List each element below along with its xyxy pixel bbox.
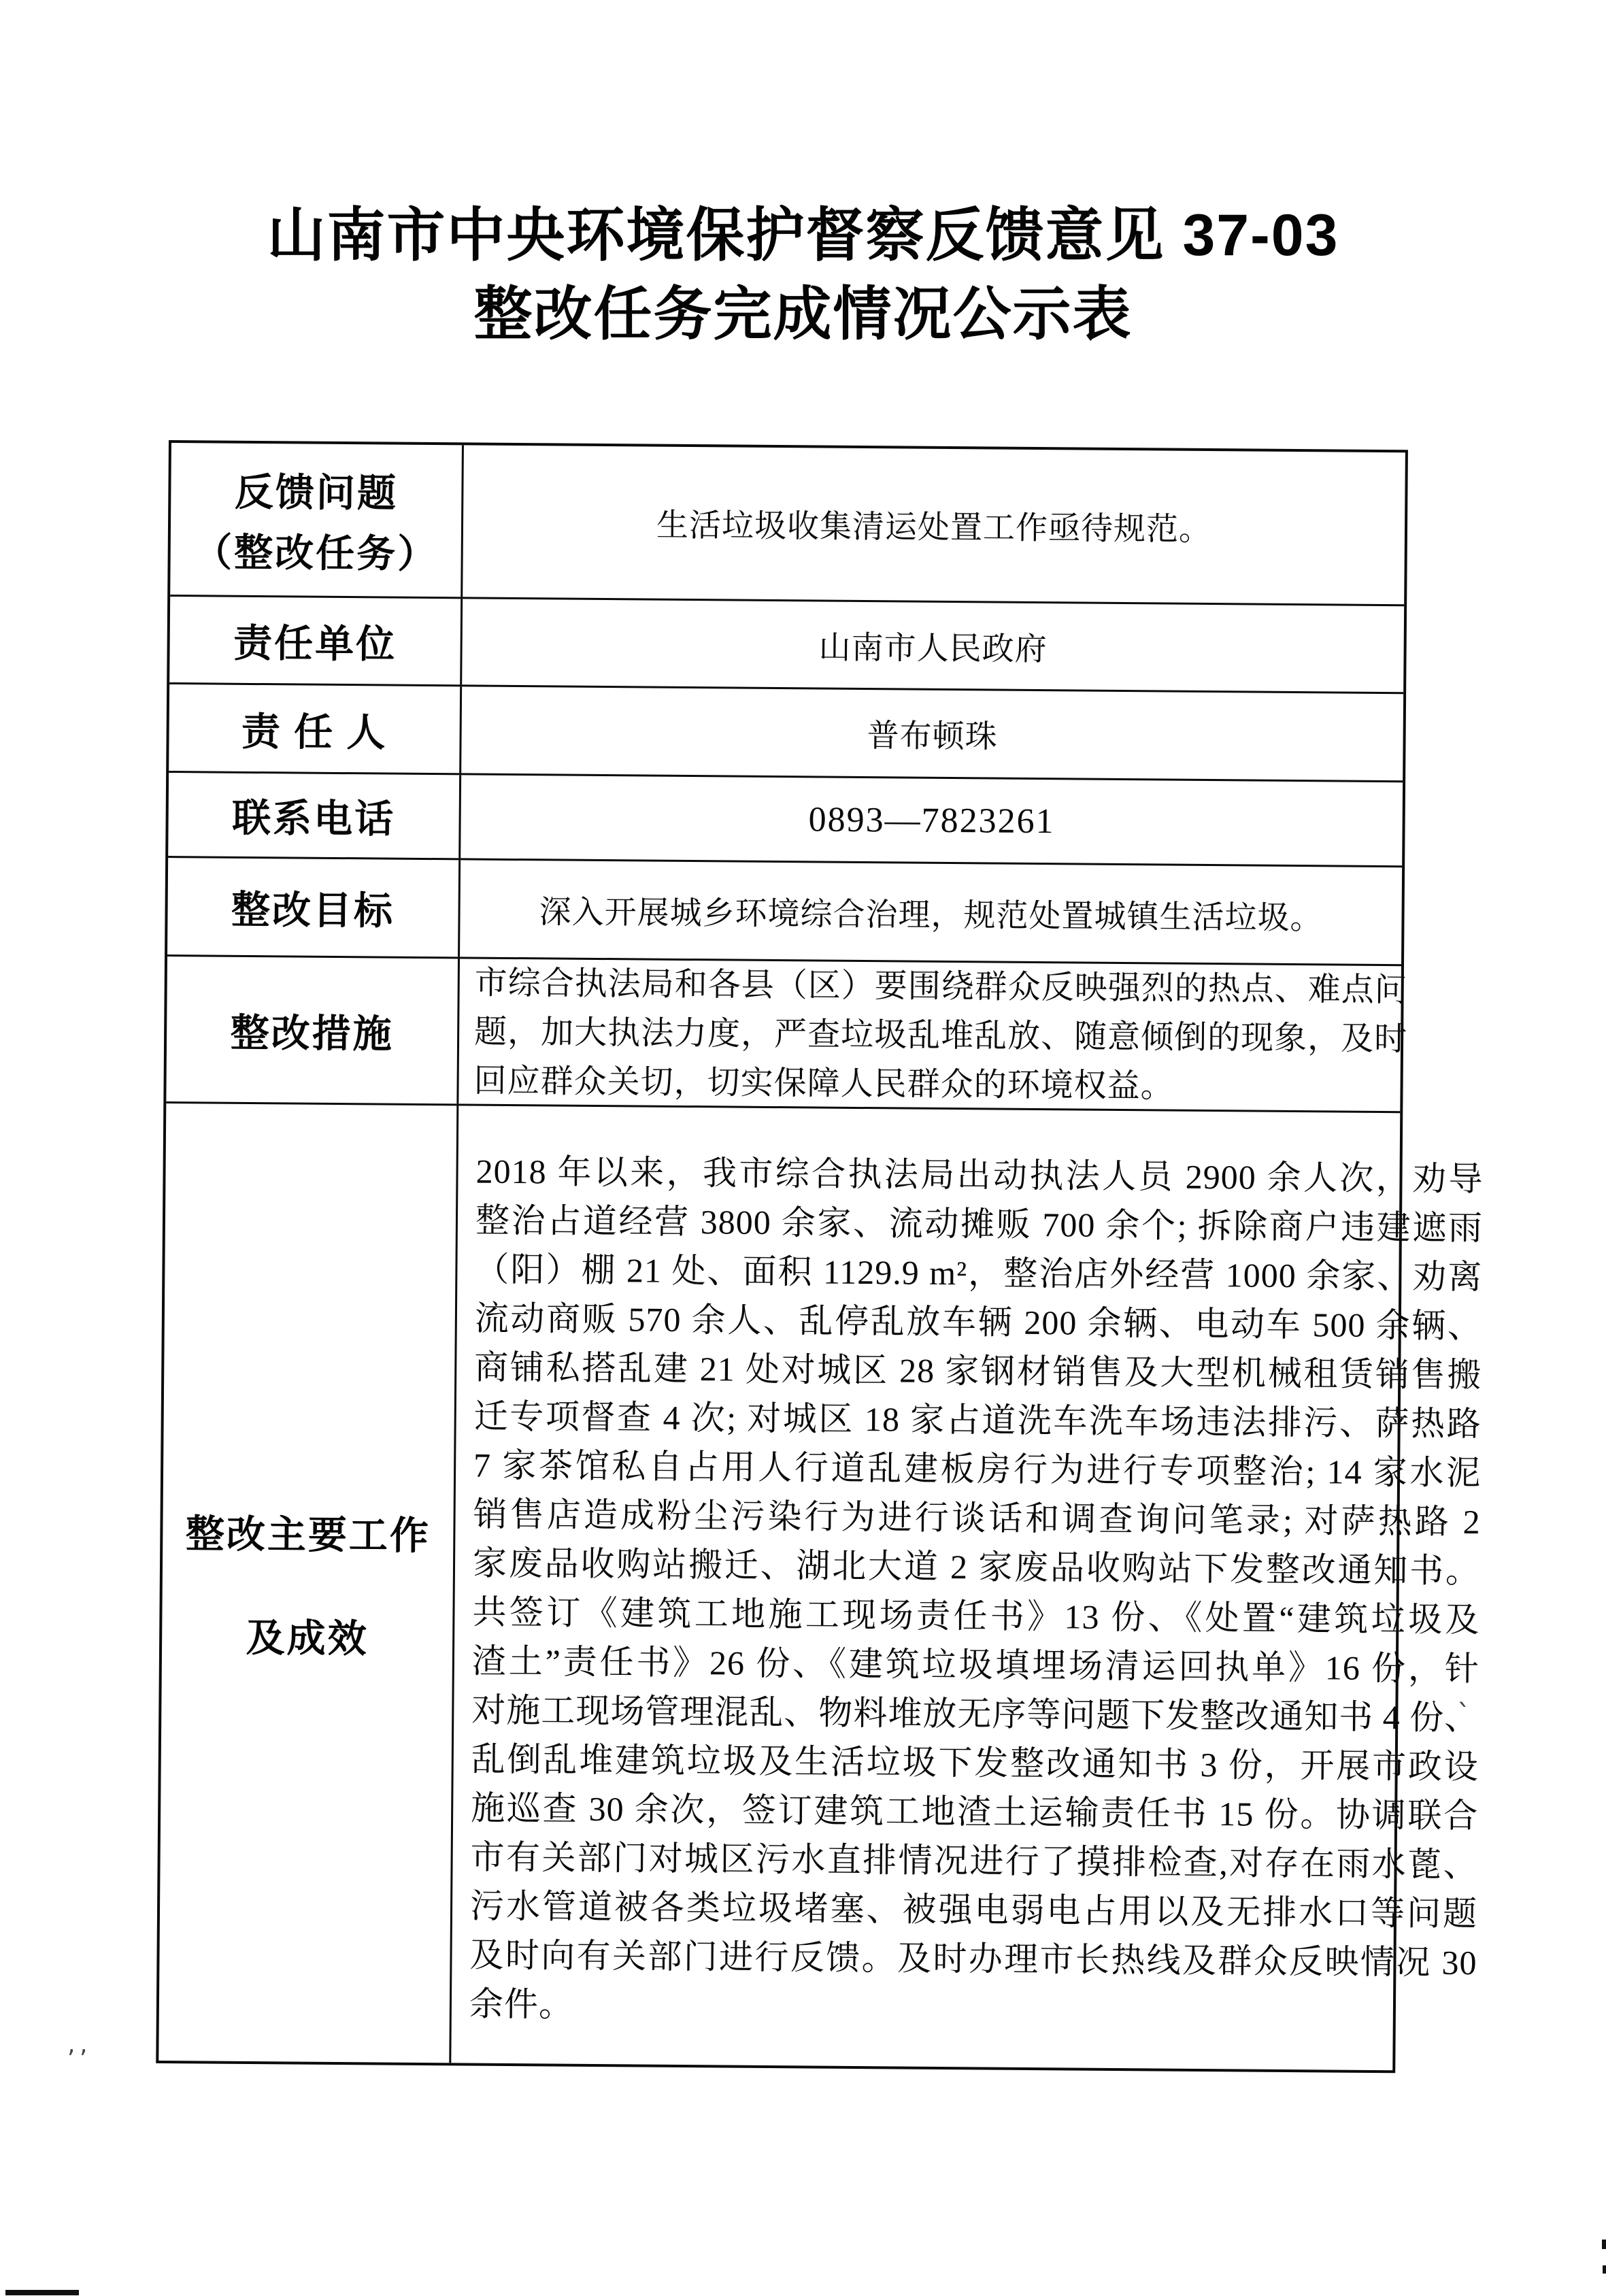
paragraph-line: 家废品收购站搬迁、湖北大道 2 家废品收购站下发整改通知书。 [473,1539,1481,1596]
row-label-line: 整改目标 [231,879,395,936]
scan-speckle: ,, [65,2034,90,2058]
paragraph-line: 回应群众关切，切实保障人民群众的环境权益。 [473,1057,1407,1114]
paragraph-line: 迁专项督查 4 次; 对城区 18 家占道洗车洗车场违法排污、萨热路 [473,1392,1482,1449]
scan-edge-mark [1603,2265,1606,2274]
row-label: 整改措施 [166,956,460,1103]
row-value: 深入开展城乡环境综合治理，规范处置城镇生活垃圾。 [460,860,1402,964]
scan-speckle: ` [1456,1699,1472,1731]
row-value: 山南市人民政府 [462,599,1404,692]
disclosure-table: 反馈问题 （整改任务） 生活垃圾收集清运处置工作亟待规范。 责任单位 山南市人民… [156,440,1408,2073]
title-line-2: 整改任务完成情况公示表 [0,275,1606,354]
table-row-responsible-unit: 责任单位 山南市人民政府 [169,597,1404,694]
row-label: 联系电话 [168,773,461,858]
row-label-line: 责 任 人 [241,700,388,757]
paragraph-line: 渣土”责任书》26 份、《建筑垃圾填埋场清运回执单》16 份，针 [472,1637,1480,1694]
row-label-line: 及成效 [246,1606,369,1663]
scan-edge-mark [5,2290,79,2295]
table-row-rectification-measures: 整改措施 市综合执法局和各县（区）要围绕群众反映强烈的热点、难点问 题，加大执法… [166,956,1401,1113]
row-label: 责 任 人 [169,684,462,773]
row-label-line: 反馈问题 [235,461,399,518]
row-label-line: 责任单位 [233,612,397,669]
paragraph-line: 市综合执法局和各县（区）要围绕群众反映强烈的热点、难点问 [474,959,1408,1016]
paragraph-line: 对施工现场管理混乱、物料堆放无序等问题下发整改通知书 4 份、 [471,1686,1479,1743]
row-value-phone: 0893—7823261 [461,775,1403,865]
row-label: 反馈问题 （整改任务） [170,443,464,597]
paragraph-line: 销售店造成粉尘污染行为进行谈话和调查询问笔录; 对萨热路 2 [473,1490,1481,1547]
row-label: 整改目标 [167,858,461,956]
row-value: 普布顿珠 [461,686,1403,780]
table-row-rectification-goal: 整改目标 深入开展城乡环境综合治理，规范处置城镇生活垃圾。 [167,858,1402,966]
document-page: 山南市中央环境保护督察反馈意见 37-03 整改任务完成情况公示表 反馈问题 （… [0,0,1606,2296]
row-value-paragraph: 市综合执法局和各县（区）要围绕群众反映强烈的热点、难点问 题，加大执法力度，严查… [458,959,1423,1111]
row-label-line: （整改任务） [193,522,439,580]
paragraph-line: 及时向有关部门进行反馈。及时办理市长热线及群众反映情况 30 [469,1931,1477,1988]
paragraph-line: 整治占道经营 3800 余家、流动摊贩 700 余个; 拆除商户违建遮雨 [475,1196,1484,1253]
row-value-paragraph: 2018 年以来，我市综合执法局出动执法人员 2900 余人次，劝导 整治占道经… [451,1105,1504,2071]
paragraph-line: 7 家茶馆私自占用人行道乱建板房行为进行专项整治; 14 家水泥 [473,1441,1482,1498]
paragraph-line: 污水管道被各类垃圾堵塞、被强电弱电占用以及无排水口等问题 [470,1882,1478,1939]
paragraph-line: 施巡查 30 余次，签订建筑工地渣土运输责任书 15 份。协调联合 [471,1784,1479,1841]
table-row-feedback-problem: 反馈问题 （整改任务） 生活垃圾收集清运处置工作亟待规范。 [170,443,1405,606]
document-title: 山南市中央环境保护督察反馈意见 37-03 整改任务完成情况公示表 [0,196,1606,354]
scan-edge-mark [1602,2240,1606,2249]
row-label-line: 整改主要工作 [186,1503,431,1561]
table-row-contact-phone: 联系电话 0893—7823261 [168,773,1403,867]
paragraph-line: 余件。 [469,1980,1477,2037]
paragraph-line: 市有关部门对城区污水直排情况进行了摸排检查,对存在雨水蓖、 [470,1833,1478,1890]
paragraph-line: （阳）棚 21 处、面积 1129.9 m²，整治店外经营 1000 余家、劝离 [475,1245,1483,1302]
row-label: 整改主要工作 及成效 [158,1103,458,2063]
row-label: 责任单位 [169,597,463,684]
table-row-main-work-results: 整改主要工作 及成效 2018 年以来，我市综合执法局出动执法人员 2900 余… [158,1103,1400,2070]
row-value: 生活垃圾收集清运处置工作亟待规范。 [463,445,1405,604]
paragraph-line: 乱倒乱堆建筑垃圾及生活垃圾下发整改通知书 3 份，开展市政设 [471,1735,1479,1792]
paragraph-line: 商铺私搭乱建 21 处对城区 28 家钢材销售及大型机械租赁销售搬 [474,1343,1482,1400]
paragraph-line: 共签订《建筑工地施工现场责任书》13 份、《处置“建筑垃圾及 [472,1588,1480,1645]
table-row-responsible-person: 责 任 人 普布顿珠 [169,684,1403,782]
paragraph-line: 流动商贩 570 余人、乱停乱放车辆 200 余辆、电动车 500 余辆、 [475,1294,1483,1351]
row-label-line: 整改措施 [230,1001,394,1059]
row-label-line: 联系电话 [232,787,396,844]
paragraph-line: 题，加大执法力度，严查垃圾乱堆乱放、随意倾倒的现象，及时 [474,1008,1408,1065]
paragraph-line: 2018 年以来，我市综合执法局出动执法人员 2900 余人次，劝导 [475,1147,1484,1204]
title-line-1: 山南市中央环境保护督察反馈意见 37-03 [0,196,1606,275]
